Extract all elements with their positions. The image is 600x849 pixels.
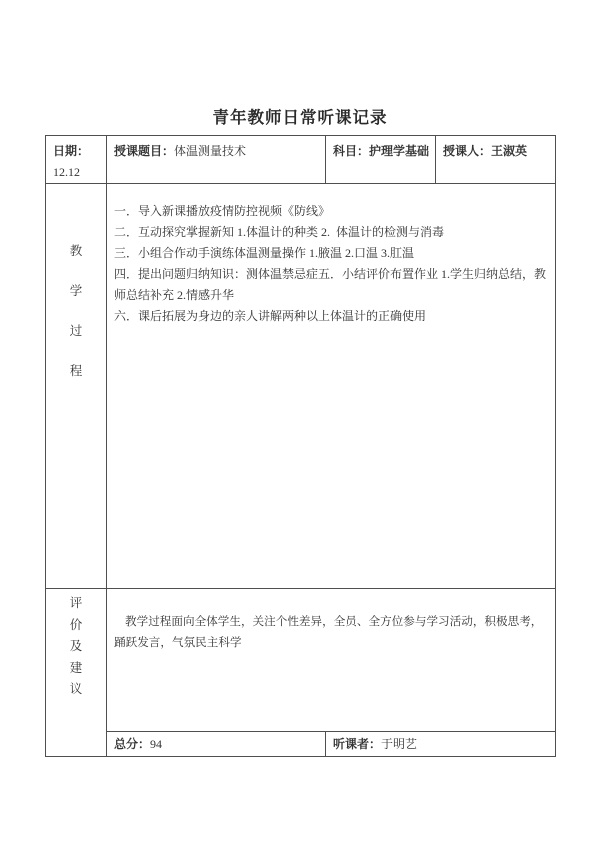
evaluation-row: 评价及建议 教学过程面向全体学生，关注个性差异，全员、全方位参与学习活动，积极思… xyxy=(46,589,556,732)
process-content-cell: 一．导入新课播放疫情防控视频《防线》 二．互动探究掌握新知 1.体温计的种类 2… xyxy=(107,184,556,589)
subject-cell: 科目：护理学基础 xyxy=(326,136,436,184)
evaluation-label: 评价及建议 xyxy=(69,589,83,701)
topic-value: 体温测量技术 xyxy=(174,144,246,158)
process-line: 六．课后拓展为身边的亲人讲解两种以上体温计的正确使用 xyxy=(114,306,551,327)
teacher-cell: 授课人：王淑英 xyxy=(436,136,556,184)
subject-value: 护理学基础 xyxy=(369,144,429,158)
date-cell: 日期： 12.12 xyxy=(46,136,107,184)
score-cell: 总分：94 xyxy=(107,732,326,757)
listener-cell: 听课者：于明艺 xyxy=(326,732,556,757)
process-label: 教学过程 xyxy=(69,184,83,391)
evaluation-line: 教学过程面向全体学生，关注个性差异，全员、全方位参与学习活动，积极思考， xyxy=(114,611,551,632)
listener-label: 听课者： xyxy=(333,737,381,751)
teacher-label: 授课人： xyxy=(443,144,491,158)
header-row: 日期： 12.12 授课题目：体温测量技术 科目：护理学基础 授课人：王淑英 xyxy=(46,136,556,184)
process-label-cell: 教学过程 xyxy=(46,184,107,589)
footer-row: 总分：94 听课者：于明艺 xyxy=(46,732,556,757)
observation-record-table: 日期： 12.12 授课题目：体温测量技术 科目：护理学基础 授课人：王淑英 教… xyxy=(45,135,556,757)
process-line: 四．提出问题归纳知识：测体温禁忌症五．小结评价布置作业 1.学生归纳总结，教 xyxy=(114,264,551,285)
score-label: 总分： xyxy=(114,737,150,751)
document-page: 青年教师日常听课记录 日期： 12.12 授课题目：体温测量技术 科目：护理学基… xyxy=(0,0,600,849)
page-title: 青年教师日常听课记录 xyxy=(0,104,600,128)
topic-label: 授课题目： xyxy=(114,144,174,158)
topic-cell: 授课题目：体温测量技术 xyxy=(107,136,326,184)
evaluation-label-cell: 评价及建议 xyxy=(46,589,107,757)
date-label: 日期： xyxy=(53,141,101,162)
process-line: 二．互动探究掌握新知 1.体温计的种类 2. 体温计的检测与消毒 xyxy=(114,222,551,243)
date-value: 12.12 xyxy=(53,162,101,183)
process-line: 三．小组合作动手演练体温测量操作 1.腋温 2.口温 3.肛温 xyxy=(114,243,551,264)
teacher-value: 王淑英 xyxy=(491,144,527,158)
process-line: 师总结补充 2.情感升华 xyxy=(114,285,551,306)
listener-value: 于明艺 xyxy=(381,737,417,751)
process-row: 教学过程 一．导入新课播放疫情防控视频《防线》 二．互动探究掌握新知 1.体温计… xyxy=(46,184,556,589)
score-value: 94 xyxy=(150,737,162,751)
evaluation-line: 踊跃发言，气氛民主科学 xyxy=(114,632,551,653)
process-line: 一．导入新课播放疫情防控视频《防线》 xyxy=(114,201,551,222)
subject-label: 科目： xyxy=(333,144,369,158)
evaluation-content-cell: 教学过程面向全体学生，关注个性差异，全员、全方位参与学习活动，积极思考， 踊跃发… xyxy=(107,589,556,732)
